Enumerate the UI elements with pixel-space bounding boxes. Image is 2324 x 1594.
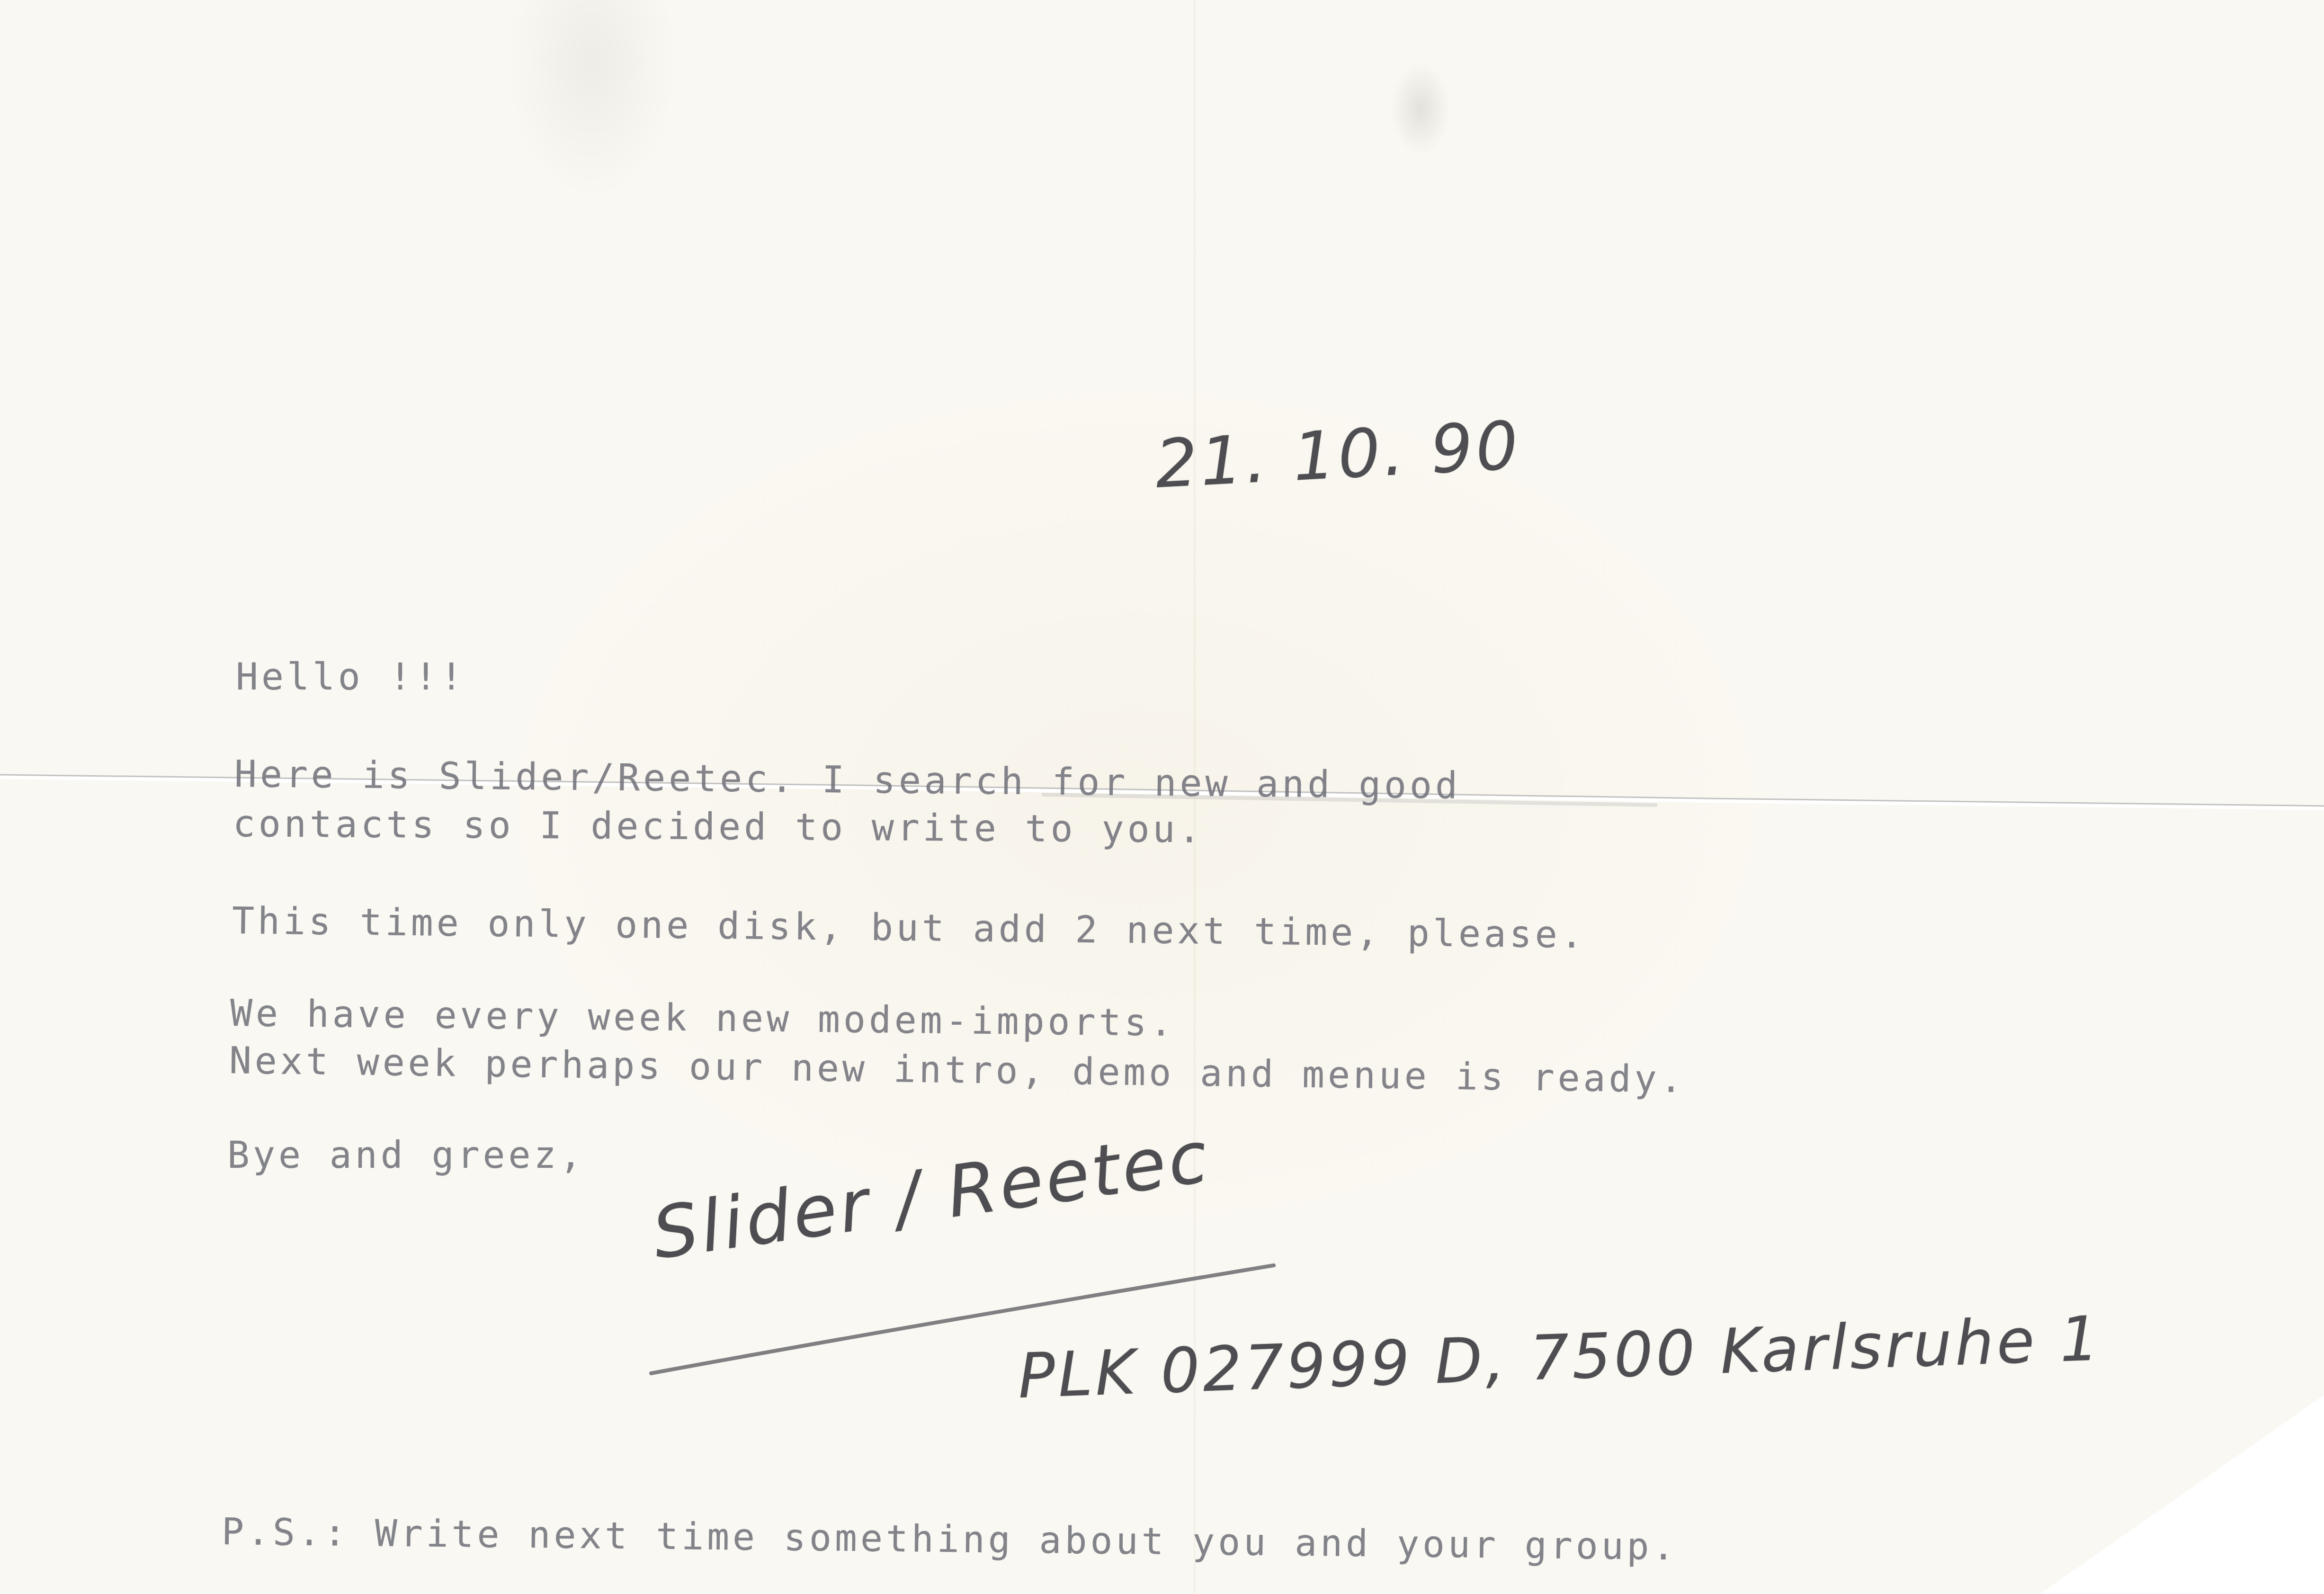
torn-corner (2040, 1395, 2324, 1594)
